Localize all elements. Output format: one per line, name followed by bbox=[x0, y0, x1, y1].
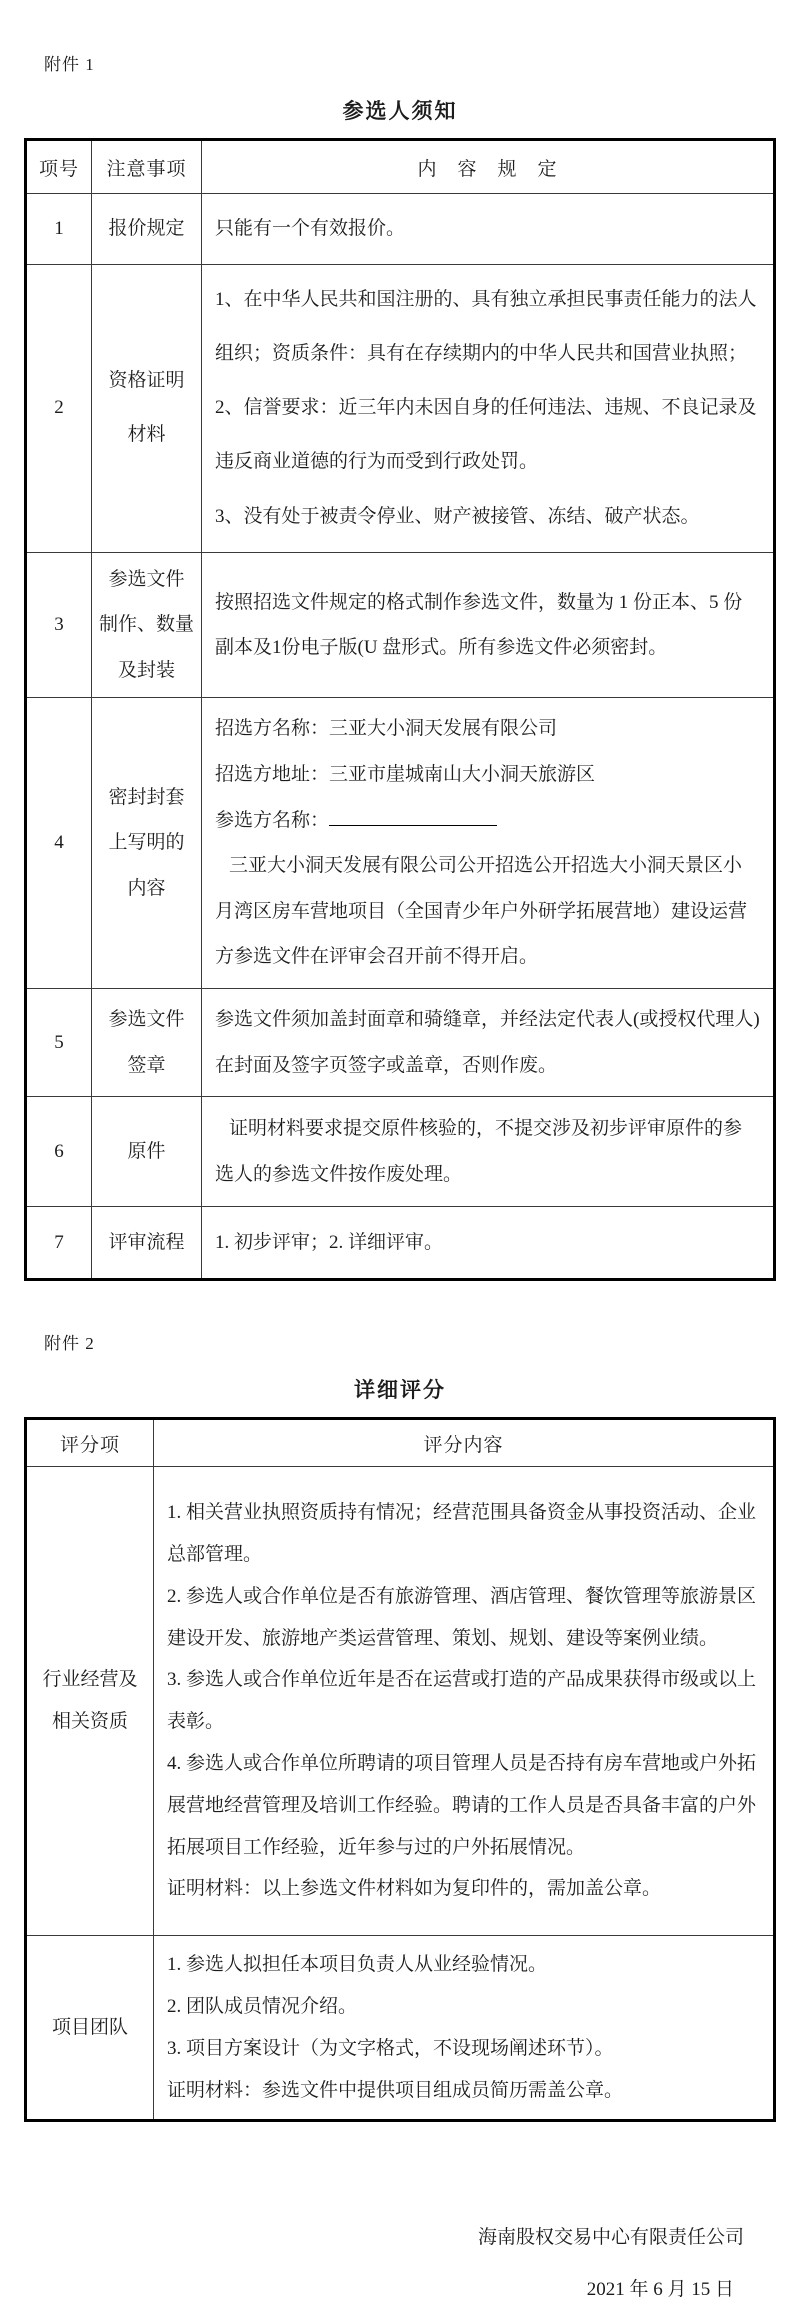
issuer-company-name: 海南股权交易中心有限责任公司 bbox=[0, 2222, 800, 2249]
table-row-2: 2 资格证明 材料 1、在中华人民共和国注册的、具有独立承担民事责任能力的法人组… bbox=[26, 265, 775, 553]
detailed-scoring-table: 评分项 评分内容 行业经营及 相关资质 1. 相关营业执照资质持有情况；经营范围… bbox=[24, 1417, 776, 2122]
row3-item-line: 及封装 bbox=[96, 648, 197, 694]
content-paragraph: 只能有一个有效报价。 bbox=[215, 206, 760, 252]
attachment1-title: 参选人须知 bbox=[0, 95, 800, 125]
table-row-5: 5 参选文件 签章 参选文件须加盖封面章和骑缝章，并经法定代表人(或授权代理人)… bbox=[26, 989, 775, 1097]
row2-item-line: 资格证明 bbox=[96, 354, 197, 408]
row7-no: 7 bbox=[26, 1207, 92, 1280]
row3-item: 参选文件 制作、数量 及封装 bbox=[92, 552, 202, 698]
t2-header-item: 评分项 bbox=[26, 1419, 154, 1467]
row3-no: 3 bbox=[26, 552, 92, 698]
content-paragraph: 参选文件须加盖封面章和骑缝章，并经法定代表人(或授权代理人)在封面及签字页签字或… bbox=[215, 997, 760, 1088]
content-paragraph: 2、信誉要求：近三年内未因自身的任何违法、违规、不良记录及违反商业道德的行为而受… bbox=[215, 381, 760, 489]
row2-no: 2 bbox=[26, 265, 92, 553]
row5-content: 参选文件须加盖封面章和骑缝章，并经法定代表人(或授权代理人)在封面及签字页签字或… bbox=[202, 989, 775, 1097]
row6-no: 6 bbox=[26, 1097, 92, 1207]
content-paragraph: 2. 团队成员情况介绍。 bbox=[167, 1986, 760, 2028]
content-paragraph: 1. 相关营业执照资质持有情况；经营范围具备资金从事投资活动、企业总部管理。 bbox=[167, 1492, 760, 1576]
row6-item: 原件 bbox=[92, 1097, 202, 1207]
table-row-6: 6 原件 证明材料要求提交原件核验的，不提交涉及初步评审原件的参选人的参选文件按… bbox=[26, 1097, 775, 1207]
content-paragraph: 3. 项目方案设计（为文字格式，不设现场阐述环节）。 bbox=[167, 2028, 760, 2070]
content-paragraph: 2. 参选人或合作单位是否有旅游管理、酒店管理、餐饮管理等旅游景区建设开发、旅游… bbox=[167, 1576, 760, 1660]
t2-row1-item: 行业经营及 相关资质 bbox=[26, 1467, 154, 1936]
row2-content: 1、在中华人民共和国注册的、具有独立承担民事责任能力的法人组织；资质条件：具有在… bbox=[202, 265, 775, 553]
row5-item-line: 签章 bbox=[96, 1043, 197, 1089]
content-paragraph: 3、没有处于被责令停业、财产被接管、冻结、破产状态。 bbox=[215, 490, 760, 544]
t2-row1-item-line: 行业经营及 bbox=[31, 1659, 149, 1701]
row3-content: 按照招选文件规定的格式制作参选文件，数量为 1 份正本、5 份副本及1份电子版(… bbox=[202, 552, 775, 698]
attachment2-label: 附件 2 bbox=[44, 1329, 800, 1354]
content-paragraph: 按照招选文件规定的格式制作参选文件，数量为 1 份正本、5 份副本及1份电子版(… bbox=[215, 580, 760, 671]
row7-item-line: 评审流程 bbox=[96, 1220, 197, 1266]
content-paragraph: 1. 参选人拟担任本项目负责人从业经验情况。 bbox=[167, 1944, 760, 1986]
row5-item: 参选文件 签章 bbox=[92, 989, 202, 1097]
row4-item-line: 内容 bbox=[96, 866, 197, 912]
document-page: 附件 1 参选人须知 项号 注意事项 内 容 规 定 1 报价规定 只能有一个有… bbox=[0, 0, 800, 2301]
attachment2-title: 详细评分 bbox=[0, 1374, 800, 1404]
row3-item-line: 制作、数量 bbox=[96, 602, 197, 648]
row7-item: 评审流程 bbox=[92, 1207, 202, 1280]
t2-header-row: 评分项 评分内容 bbox=[26, 1419, 775, 1467]
row1-no: 1 bbox=[26, 194, 92, 265]
row3-item-line: 参选文件 bbox=[96, 557, 197, 603]
content-paragraph: 证明材料：以上参选文件材料如为复印件的，需加盖公章。 bbox=[167, 1868, 760, 1910]
t2-row2-item-line: 项目团队 bbox=[31, 2007, 149, 2049]
t1-header-item: 注意事项 bbox=[92, 140, 202, 194]
table-row-7: 7 评审流程 1. 初步评审；2. 详细评审。 bbox=[26, 1207, 775, 1280]
row4-no: 4 bbox=[26, 698, 92, 989]
t2-header-content: 评分内容 bbox=[154, 1419, 775, 1467]
row5-item-line: 参选文件 bbox=[96, 997, 197, 1043]
table-row-3: 3 参选文件 制作、数量 及封装 按照招选文件规定的格式制作参选文件，数量为 1… bbox=[26, 552, 775, 698]
row4-item: 密封封套 上写明的 内容 bbox=[92, 698, 202, 989]
row7-content: 1. 初步评审；2. 详细评审。 bbox=[202, 1207, 775, 1280]
document-footer: 海南股权交易中心有限责任公司 2021 年 6 月 15 日 bbox=[0, 2222, 800, 2301]
content-paragraph: 证明材料要求提交原件核验的，不提交涉及初步评审原件的参选人的参选文件按作废处理。 bbox=[215, 1106, 760, 1197]
row4-item-line: 密封封套 bbox=[96, 775, 197, 821]
content-paragraph: 参选方名称： bbox=[215, 798, 760, 844]
row6-content: 证明材料要求提交原件核验的，不提交涉及初步评审原件的参选人的参选文件按作废处理。 bbox=[202, 1097, 775, 1207]
row1-item-line: 报价规定 bbox=[96, 206, 197, 252]
row1-content: 只能有一个有效报价。 bbox=[202, 194, 775, 265]
t2-row-1: 行业经营及 相关资质 1. 相关营业执照资质持有情况；经营范围具备资金从事投资活… bbox=[26, 1467, 775, 1936]
attachment1-label: 附件 1 bbox=[44, 50, 800, 75]
issue-date: 2021 年 6 月 15 日 bbox=[0, 2274, 800, 2301]
participant-notice-table: 项号 注意事项 内 容 规 定 1 报价规定 只能有一个有效报价。 2 资格证明… bbox=[24, 138, 776, 1281]
t1-header-no: 项号 bbox=[26, 140, 92, 194]
content-paragraph: 1. 初步评审；2. 详细评审。 bbox=[215, 1220, 760, 1266]
table-row-1: 1 报价规定 只能有一个有效报价。 bbox=[26, 194, 775, 265]
row6-item-line: 原件 bbox=[96, 1129, 197, 1175]
row1-item: 报价规定 bbox=[92, 194, 202, 265]
t1-header-row: 项号 注意事项 内 容 规 定 bbox=[26, 140, 775, 194]
row4-item-line: 上写明的 bbox=[96, 820, 197, 866]
t2-row-2: 项目团队 1. 参选人拟担任本项目负责人从业经验情况。 2. 团队成员情况介绍。… bbox=[26, 1936, 775, 2121]
t2-row2-content: 1. 参选人拟担任本项目负责人从业经验情况。 2. 团队成员情况介绍。 3. 项… bbox=[154, 1936, 775, 2121]
content-paragraph: 三亚大小洞天发展有限公司公开招选公开招选大小洞天景区小月湾区房车营地项目（全国青… bbox=[215, 843, 760, 980]
content-paragraph: 招选方地址：三亚市崖城南山大小洞天旅游区 bbox=[215, 752, 760, 798]
t2-row1-item-line: 相关资质 bbox=[31, 1701, 149, 1743]
table-row-4: 4 密封封套 上写明的 内容 招选方名称：三亚大小洞天发展有限公司 招选方地址：… bbox=[26, 698, 775, 989]
row2-item: 资格证明 材料 bbox=[92, 265, 202, 553]
fill-in-blank-line bbox=[329, 804, 497, 826]
content-paragraph: 4. 参选人或合作单位所聘请的项目管理人员是否持有房车营地或户外拓展营地经营管理… bbox=[167, 1743, 760, 1868]
t2-row2-item: 项目团队 bbox=[26, 1936, 154, 2121]
fill-in-label: 参选方名称： bbox=[215, 810, 329, 831]
content-paragraph: 招选方名称：三亚大小洞天发展有限公司 bbox=[215, 706, 760, 752]
row4-content: 招选方名称：三亚大小洞天发展有限公司 招选方地址：三亚市崖城南山大小洞天旅游区 … bbox=[202, 698, 775, 989]
content-paragraph: 3. 参选人或合作单位近年是否在运营或打造的产品成果获得市级或以上表彰。 bbox=[167, 1659, 760, 1743]
t2-row1-content: 1. 相关营业执照资质持有情况；经营范围具备资金从事投资活动、企业总部管理。 2… bbox=[154, 1467, 775, 1936]
row5-no: 5 bbox=[26, 989, 92, 1097]
t1-header-content: 内 容 规 定 bbox=[202, 140, 775, 194]
content-paragraph: 1、在中华人民共和国注册的、具有独立承担民事责任能力的法人组织；资质条件：具有在… bbox=[215, 273, 760, 381]
content-paragraph: 证明材料：参选文件中提供项目组成员简历需盖公章。 bbox=[167, 2070, 760, 2112]
row2-item-line: 材料 bbox=[96, 408, 197, 462]
